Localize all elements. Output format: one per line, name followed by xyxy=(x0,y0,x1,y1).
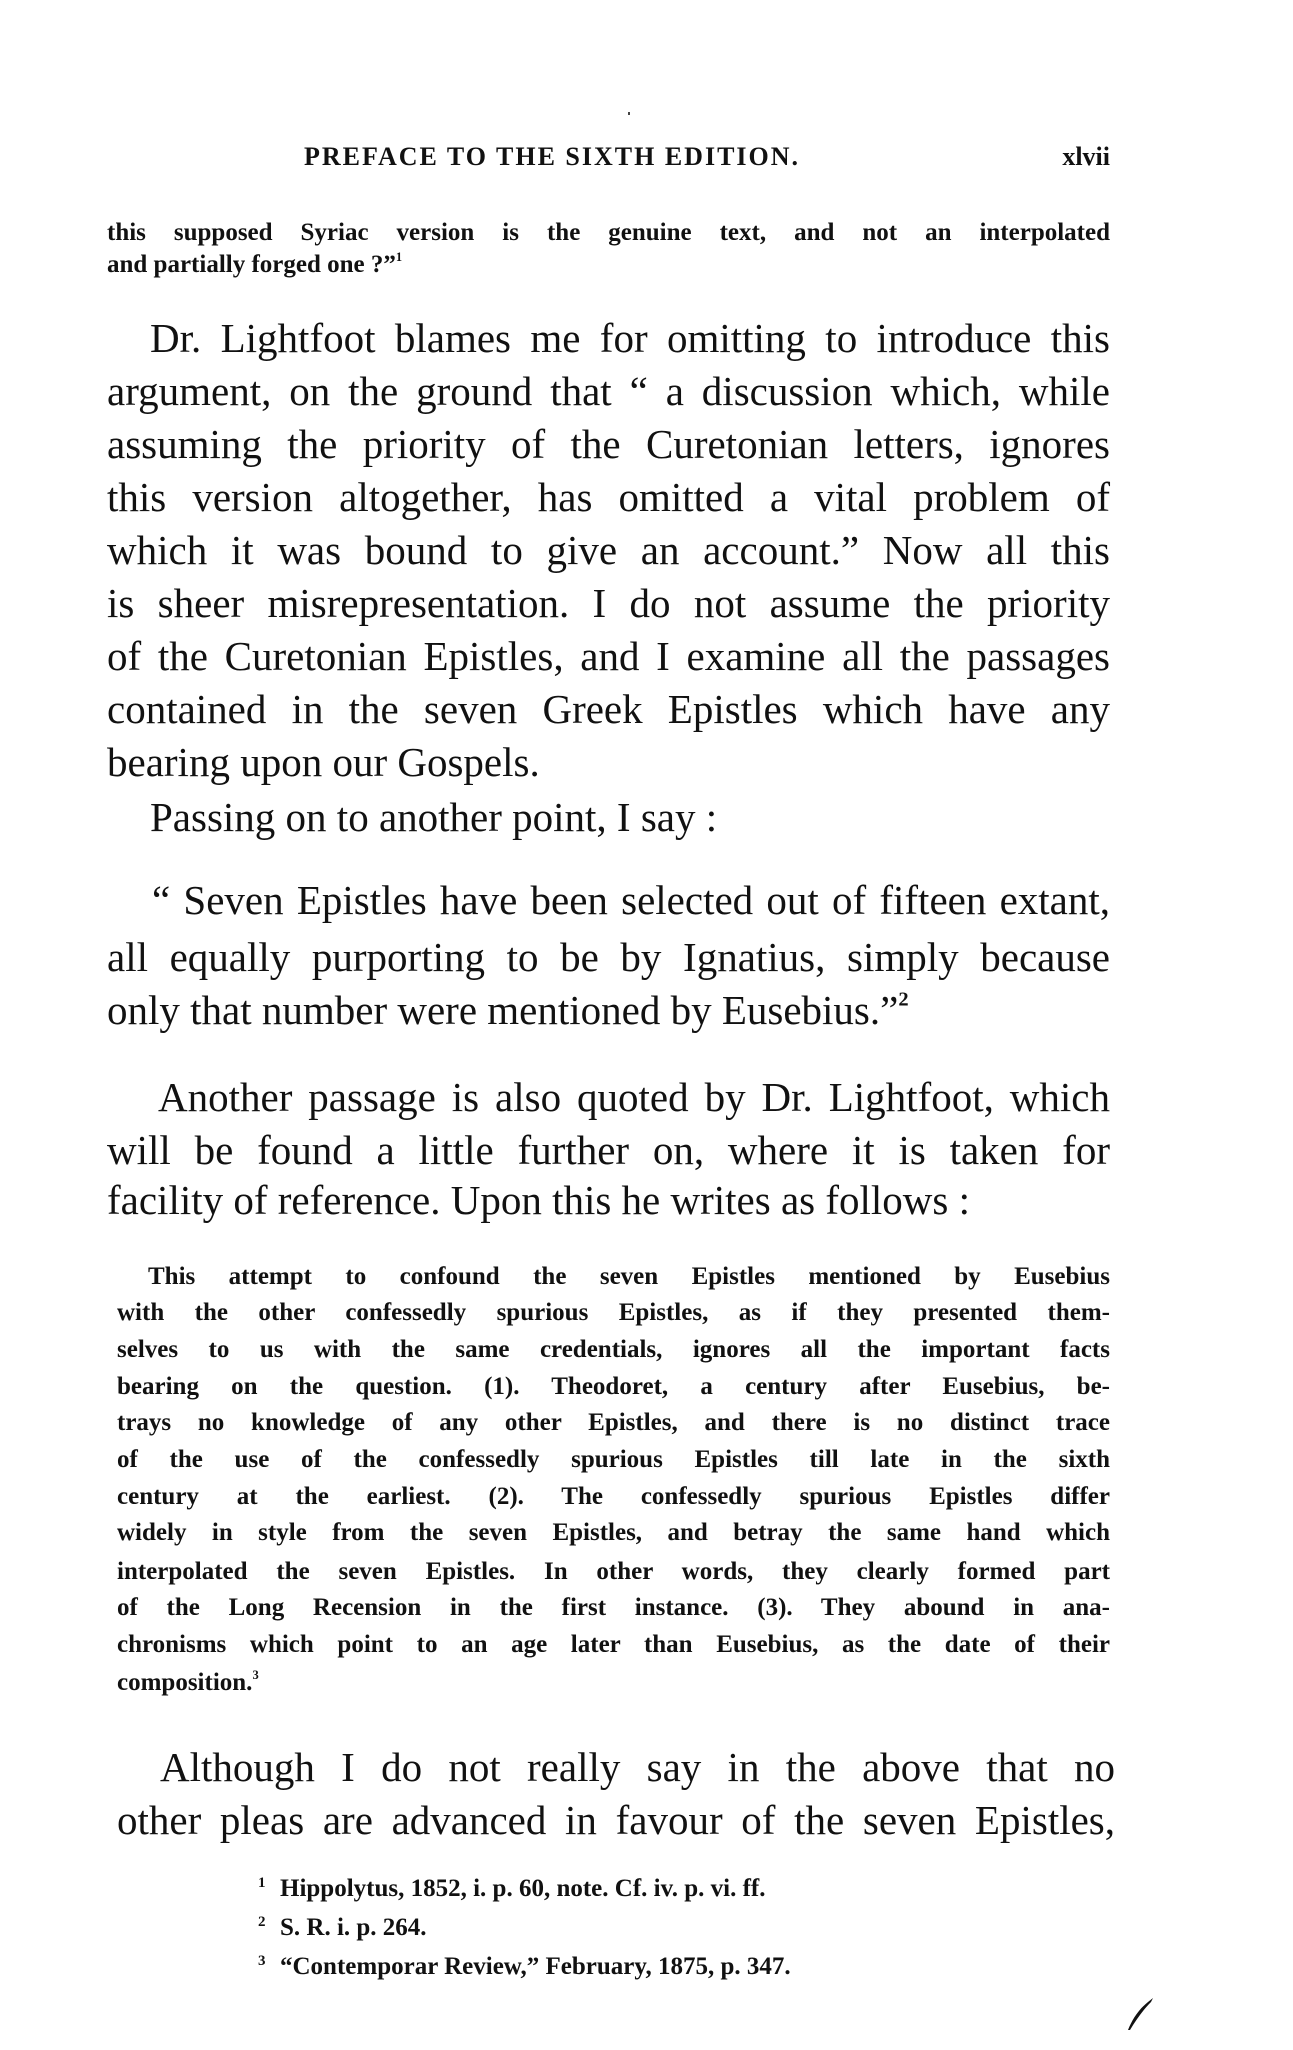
footnote-ref: 1 xyxy=(396,250,402,264)
text-line: with the other confessedly spurious Epis… xyxy=(117,1298,1110,1328)
text-line: and partially forged one ?”1 xyxy=(107,250,1110,280)
text-line: contained in the seven Greek Epistles wh… xyxy=(107,685,1110,733)
footnote-marker: 3 xyxy=(258,1946,280,1976)
text-line: Another passage is also quoted by Dr. Li… xyxy=(158,1073,1110,1121)
text-span: only that number were mentioned by Euseb… xyxy=(107,987,898,1033)
text-line: Dr. Lightfoot blames me for omitting to … xyxy=(150,314,1110,362)
text-line: other pleas are advanced in favour of th… xyxy=(117,1796,1115,1844)
page-number: xlvii xyxy=(1046,142,1110,172)
text-line: This attempt to confound the seven Epist… xyxy=(148,1262,1110,1292)
footnote-text: S. R. i. p. 264. xyxy=(280,1914,427,1941)
text-line: is sheer misrepresentation. I do not ass… xyxy=(107,579,1110,627)
text-line: assuming the priority of the Curetonian … xyxy=(107,420,1110,468)
text-line: chronisms which point to an age later th… xyxy=(117,1630,1110,1660)
text-line: bearing upon our Gospels. xyxy=(107,738,1110,786)
text-line: facility of reference. Upon this he writ… xyxy=(107,1176,1110,1224)
text-line: trays no knowledge of any other Epistles… xyxy=(117,1408,1110,1438)
text-line: of the Long Recension in the first insta… xyxy=(117,1593,1110,1623)
footnote-marker: 1 xyxy=(258,1868,280,1898)
ink-stroke-mark xyxy=(1126,1992,1166,2032)
text-line: widely in style from the seven Epistles,… xyxy=(117,1518,1110,1548)
text-line: this supposed Syriac version is the genu… xyxy=(107,218,1110,248)
footnote-2: 2S. R. i. p. 264. xyxy=(258,1907,427,1937)
running-title: PREFACE TO THE SIXTH EDITION. xyxy=(304,142,924,172)
text-line: of the Curetonian Epistles, and I examin… xyxy=(107,632,1110,680)
text-line: only that number were mentioned by Euseb… xyxy=(107,986,1110,1034)
book-page: PREFACE TO THE SIXTH EDITION. xlvii this… xyxy=(0,0,1293,2050)
footnote-ref: 3 xyxy=(252,1668,258,1682)
text-line: bearing on the question. (1). Theodoret,… xyxy=(117,1372,1110,1402)
footnote-3: 3“Contemporar Review,” February, 1875, p… xyxy=(258,1946,791,1976)
text-line: argument, on the ground that “ a discuss… xyxy=(107,367,1110,415)
footnote-ref: 2 xyxy=(898,989,908,1011)
text-line: this version altogether, has omitted a v… xyxy=(107,473,1110,521)
text-line: Although I do not really say in the abov… xyxy=(160,1743,1115,1791)
text-line: century at the earliest. (2). The confes… xyxy=(117,1482,1110,1512)
footnote-1: 1Hippolytus, 1852, i. p. 60, note. Cf. i… xyxy=(258,1868,765,1898)
text-span: composition. xyxy=(117,1669,252,1696)
text-line: Passing on to another point, I say : xyxy=(150,793,1110,841)
footnote-marker: 2 xyxy=(258,1907,280,1937)
text-line: composition.3 xyxy=(117,1668,1110,1698)
text-line: will be found a little further on, where… xyxy=(107,1126,1110,1174)
footnote-text: Hippolytus, 1852, i. p. 60, note. Cf. iv… xyxy=(280,1875,765,1902)
text-line: “ Seven Epistles have been selected out … xyxy=(152,876,1110,924)
ink-speck xyxy=(628,112,630,115)
text-line: which it was bound to give an account.” … xyxy=(107,526,1110,574)
footnote-text: “Contemporar Review,” February, 1875, p.… xyxy=(280,1953,791,1980)
text-line: all equally purporting to be by Ignatius… xyxy=(107,933,1110,981)
text-line: of the use of the confessedly spurious E… xyxy=(117,1445,1110,1475)
text-line: selves to us with the same credentials, … xyxy=(117,1335,1110,1365)
text-line: interpolated the seven Epistles. In othe… xyxy=(117,1557,1110,1587)
text-span: and partially forged one ?” xyxy=(107,251,396,278)
